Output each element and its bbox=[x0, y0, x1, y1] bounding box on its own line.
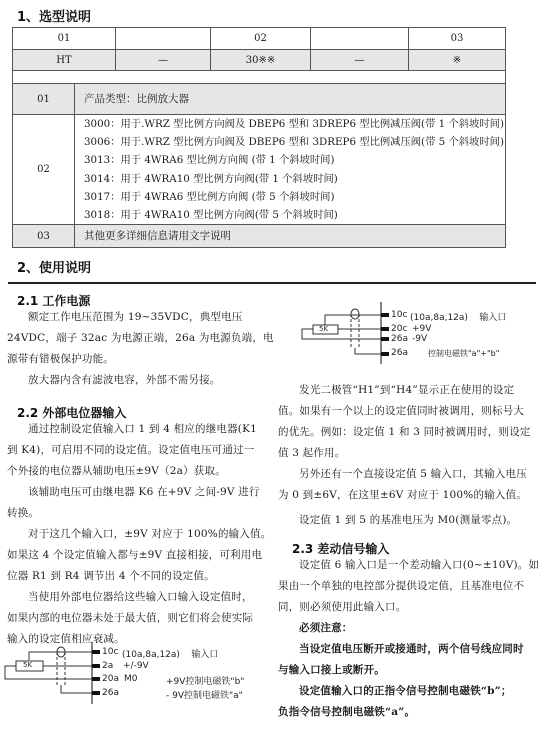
paragraph-line: 源带有错极保护功能。 bbox=[7, 349, 274, 370]
desc-line: 3017：用于 4WRA6 型比例方向阀 (带 5 个斜坡时间) bbox=[84, 188, 505, 206]
terminal-desc: M0 bbox=[124, 674, 138, 684]
note-line: 与输入口接上或断开。 bbox=[278, 660, 539, 681]
paragraph-line: 值 3 起作用。 bbox=[278, 443, 531, 464]
note-line: 设定值输入口的正指令信号控制电磁铁“b”； bbox=[278, 681, 539, 702]
code-table: 01 02 03 HT — 30※※ — ※ bbox=[12, 27, 506, 84]
right-column-body: 发光二极管“H1”到“H4”显示正在使用的设定 值。如果有一个以上的设定值同时被… bbox=[278, 380, 531, 531]
spacer-row bbox=[13, 71, 506, 84]
terminal-desc: +/-9V bbox=[123, 661, 149, 671]
paragraph-line: 如果这 4 个设定值输入都与±9V 直接相接，可利用电 bbox=[7, 545, 271, 566]
paragraph-line: 位器 R1 到 R4 调节出 4 个不同的设定值。 bbox=[7, 566, 271, 587]
desc-line: 3000：用于.WRZ 型比例方向阀及 DBEP6 型和 3DREP6 型比例减… bbox=[84, 115, 505, 133]
code-value-cell: — bbox=[311, 50, 409, 71]
code-header-cell: 01 bbox=[13, 28, 116, 50]
terminal-label: 20a bbox=[102, 674, 119, 684]
section-1-title: 1、选型说明 bbox=[17, 6, 91, 25]
terminal-label: 10c bbox=[391, 310, 407, 320]
subsection-2-2-body: 通过控制设定值输入口 1 到 4 相应的继电器(K1 到 K4)，可启用不同的设… bbox=[7, 419, 271, 650]
terminal-desc: +9V bbox=[412, 324, 431, 334]
code-value-cell: HT bbox=[13, 50, 116, 71]
paragraph-line: 值。如果有一个以上的设定值同时被调用，则标号大 bbox=[278, 401, 531, 422]
paragraph-line: 发光二极管“H1”到“H4”显示正在使用的设定 bbox=[278, 380, 531, 401]
desc-line: 产品类型：比例放大器 bbox=[84, 90, 505, 108]
subsection-2-3-body: 设定值 6 输入口是一个差动输入口(0~±10V)。如 果由一个单独的电控部分提… bbox=[278, 555, 539, 723]
code-value-cell: — bbox=[116, 50, 211, 71]
paragraph-line: 放大器内含有滤波电容，外部不需另接。 bbox=[7, 370, 274, 391]
code-value-cell: ※ bbox=[409, 50, 506, 71]
solenoid-a-label: - 9V控制电磁铁"a" bbox=[166, 688, 243, 701]
paragraph-line: 该辅助电压可由继电器 K6 在+9V 之间-9V 进行 bbox=[7, 482, 271, 503]
paragraph-line: 到 K4)，可启用不同的设定值。设定值电压可通过一 bbox=[7, 440, 271, 461]
desc-label: 01 bbox=[13, 84, 75, 115]
paragraph-line: 24VDC，端子 32ac 为电源正端，26a 为电源负端，电 bbox=[7, 328, 274, 349]
desc-line: 3018：用于 4WRA10 型比例方向阀(带 5 个斜坡时间) bbox=[84, 206, 505, 224]
terminal-desc: (10a,8a,12a) 输入口 bbox=[410, 310, 506, 323]
paragraph-line: 为 0 到±6V，在这里±6V 对应于 100%的输入值。 bbox=[278, 485, 531, 506]
paragraph-line: 的优先。例如：设定值 1 和 3 同时被调用时，则设定 bbox=[278, 422, 531, 443]
desc-label: 02 bbox=[13, 115, 75, 225]
desc-line: 3014：用于 4WRA10 型比例方向阀(带 1 个斜坡时间) bbox=[84, 170, 505, 188]
section-divider bbox=[8, 282, 536, 284]
code-header-cell: 02 bbox=[211, 28, 311, 50]
note-line: 负指令信号控制电磁铁“a”。 bbox=[278, 702, 539, 723]
terminal-label: 20c bbox=[391, 324, 407, 334]
terminal-label: 2a bbox=[102, 661, 113, 671]
note-line: 当设定值电压断开或接通时，两个信号线应同时 bbox=[278, 639, 539, 660]
desc-line: 其他更多详细信息请用文字说明 bbox=[84, 227, 505, 245]
code-header-cell bbox=[116, 28, 211, 50]
desc-line: 3013：用于 4WRA6 型比例方向阀 (带 1 个斜坡时间) bbox=[84, 151, 505, 169]
paragraph-line: 通过控制设定值输入口 1 到 4 相应的继电器(K1 bbox=[7, 419, 271, 440]
paragraph-line: 对于这几个输入口，±9V 对应于 100%的输入值。 bbox=[7, 524, 271, 545]
resistor-label: 5K bbox=[23, 661, 32, 669]
code-value-cell: 30※※ bbox=[211, 50, 311, 71]
paragraph-line: 如果内部的电位器未处于最大值，则它们将会使实际 bbox=[7, 608, 271, 629]
resistor-label: 5K bbox=[319, 325, 328, 333]
paragraph-line: 同，则必须使用此输入口。 bbox=[278, 597, 539, 618]
desc-line: 3006：用于.WRZ 型比例方向阀及 DBEP6 型和 3DREP6 型比例减… bbox=[84, 133, 505, 151]
paragraph-line: 果由一个单独的电控部分提供设定值，且基准电位不 bbox=[278, 576, 539, 597]
paragraph-line: 个外接的电位器从辅助电压±9V（2a）获取。 bbox=[7, 461, 271, 482]
paragraph-line: 另外还有一个直接设定值 5 输入口，其输入电压 bbox=[278, 464, 531, 485]
terminal-desc: 控制电磁铁"a"+"b" bbox=[428, 348, 499, 359]
paragraph-line: 转换。 bbox=[7, 503, 271, 524]
solenoid-b-label: +9V控制电磁铁"b" bbox=[166, 674, 244, 687]
wiring-diagram-top: 5K 10c (10a,8a,12a) 输入口 20c +9V 26a -9V … bbox=[280, 290, 544, 370]
code-header-cell: 03 bbox=[409, 28, 506, 50]
section-2-title: 2、使用说明 bbox=[17, 257, 91, 276]
paragraph-line: 设定值 6 输入口是一个差动输入口(0~±10V)。如 bbox=[278, 555, 539, 576]
terminal-label: 26a bbox=[391, 348, 408, 358]
note-title: 必须注意： bbox=[278, 618, 539, 639]
paragraph-line: 当使用外部电位器给这些输入口输入设定值时， bbox=[7, 587, 271, 608]
paragraph-line: 额定工作电压范围为 19~35VDC，典型电压 bbox=[7, 307, 274, 328]
paragraph-line: 设定值 1 到 5 的基准电压为 M0(测量零点)。 bbox=[278, 510, 531, 531]
subsection-2-1-body: 额定工作电压范围为 19~35VDC，典型电压 24VDC，端子 32ac 为电… bbox=[7, 307, 274, 391]
code-header-cell bbox=[311, 28, 409, 50]
desc-label: 03 bbox=[13, 225, 75, 248]
terminal-desc: (10a,8a,12a) 输入口 bbox=[122, 647, 218, 660]
wiring-diagram-bottom: 5K 10c (10a,8a,12a) 输入口 2a +/-9V 20a M0 … bbox=[0, 630, 280, 710]
description-table: 01 产品类型：比例放大器 02 3000：用于.WRZ 型比例方向阀及 DBE… bbox=[12, 83, 506, 248]
terminal-label: 10c bbox=[102, 647, 118, 657]
terminal-label: 26a bbox=[102, 688, 119, 698]
terminal-desc: -9V bbox=[412, 334, 427, 344]
terminal-label: 26a bbox=[391, 334, 408, 344]
